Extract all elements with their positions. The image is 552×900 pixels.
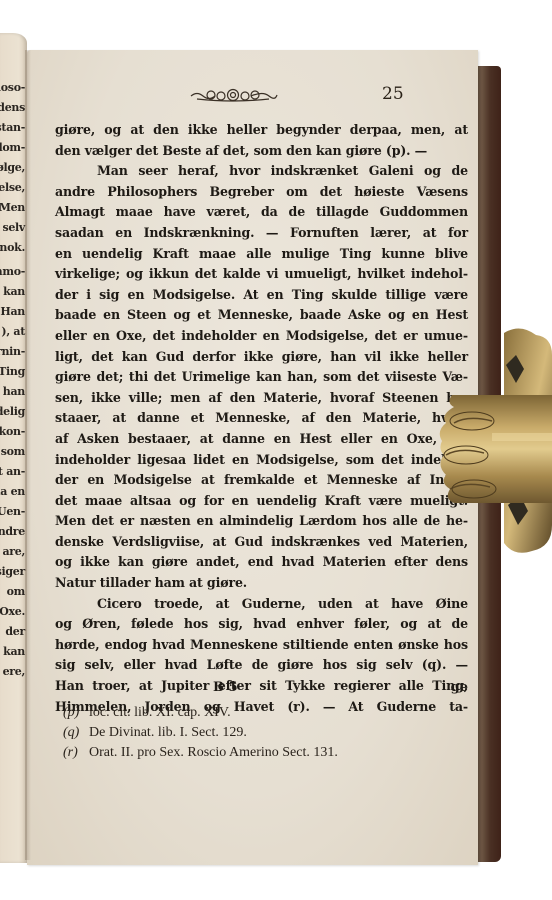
text-line: Man seer heraf, hvor indskrænket Galeni … <box>55 161 468 182</box>
text-line: der i sig en Modsigelse. At en Ting skul… <box>55 285 468 306</box>
text-line: giøre, og at den ikke heller begynder de… <box>55 120 468 141</box>
footnote-text: Orat. II. pro Sex. Roscio Amerino Sect. … <box>89 745 338 760</box>
left-page-text-fragment: kon- <box>0 425 25 439</box>
text-line: og Øren, følede hos sig, hvad enhver føl… <box>55 614 468 635</box>
text-line: baade en Steen og et Menneske, baade Ask… <box>55 305 468 326</box>
text-line: Men det er næsten en almindelig Lærdom h… <box>55 511 468 532</box>
left-page-text-fragment: Men <box>0 201 25 215</box>
footnote: (q)De Divinat. lib. I. Sect. 129. <box>63 723 463 743</box>
text-line: af Asken bestaaer, at danne en Hest elle… <box>55 429 468 450</box>
footnote: (p)loc. cit. lib. XI. cap. XIV. <box>63 703 463 723</box>
left-page-text-fragment: ia en <box>0 485 25 499</box>
footnote-mark: (q) <box>63 723 89 743</box>
left-page-text-fragment: ndre <box>0 525 25 539</box>
text-line: den vælger det Beste af det, som den kan… <box>55 141 468 162</box>
text-line: hørde, endog hvad Menneskene stiltiende … <box>55 635 468 656</box>
text-line: saadan en Indskrænkning. — Fornuften lær… <box>55 223 468 244</box>
body-text: giøre, og at den ikke heller begynder de… <box>55 120 468 717</box>
left-page-text-fragment: ildens <box>0 101 25 115</box>
left-page-text-fragment: nmo- <box>0 265 25 279</box>
left-page-text-fragment: ndelig <box>0 405 25 419</box>
text-line: staaer, at danne et Menneske, af den Mat… <box>55 408 468 429</box>
left-page-text-fragment: hiloso- <box>0 81 25 95</box>
text-line: sig selv, eller hvad Løfte de giøre hos … <box>55 655 468 676</box>
text-line: Cicero troede, at Guderne, uden at have … <box>55 594 468 615</box>
left-page-text-fragment: ), at <box>1 325 25 339</box>
text-line: Almagt maae have været, da de tillagde G… <box>55 202 468 223</box>
footnote-text: De Divinat. lib. I. Sect. 129. <box>89 725 247 740</box>
page-number: 25 <box>382 84 404 104</box>
left-page-text-fragment: e kan <box>0 285 25 299</box>
footnotes: (p)loc. cit. lib. XI. cap. XIV.(q)De Div… <box>63 703 463 763</box>
left-page-text-fragment: der <box>5 625 25 639</box>
text-line: eller en Oxe, det indeholder en Modsigel… <box>55 326 468 347</box>
footnote: (r)Orat. II. pro Sex. Roscio Amerino Sec… <box>63 743 463 763</box>
left-page-text-fragment: ernin- <box>0 345 25 359</box>
footnote-mark: (r) <box>63 743 89 763</box>
text-line: virkelige; og ikkun det kalde vi umuelig… <box>55 264 468 285</box>
text-line: indeholder ligesaa lidet en Modsigelse, … <box>55 450 468 471</box>
left-page-text-fragment: rgelse, <box>0 181 25 195</box>
footnote-mark: (p) <box>63 703 89 723</box>
text-line: giøre det; thi det Urimelige kan han, so… <box>55 367 468 388</box>
text-line: sen, ikke ville; men af den Materie, hvo… <box>55 388 468 409</box>
left-page-text-fragment: Oxe. <box>0 605 25 619</box>
signature-line: B 5 ge <box>55 680 468 700</box>
catchword: ge <box>451 680 468 695</box>
left-page-text-fragment: Ting <box>0 365 25 379</box>
text-line: ligt, det kan Gud derfor ikke giøre, han… <box>55 347 468 368</box>
left-page-text-fragment: bestan- <box>0 121 25 135</box>
text-line: og ikke kan giøre andet, end hvad Materi… <box>55 552 468 573</box>
left-page-text-fragment: som <box>1 445 25 459</box>
left-page-text-fragment: kan <box>3 645 25 659</box>
left-page-text-fragment: s selv <box>0 221 25 235</box>
gold-clasp <box>436 325 552 555</box>
left-page-text-fragment: are, <box>2 545 25 559</box>
left-page-text-fragment: t an- <box>0 465 25 479</box>
footnote-text: loc. cit. lib. XI. cap. XIV. <box>89 705 231 720</box>
text-line: denske Verdsligviise, at Gud indskrænkes… <box>55 532 468 553</box>
text-line: der en Modsigelse at fremkalde et Mennes… <box>55 470 468 491</box>
signature-mark: B 5 <box>213 680 238 695</box>
left-page-text-fragment: siger <box>0 565 25 579</box>
left-page-text-fragment: ddom- <box>0 141 25 155</box>
left-page-text-fragment: Uen- <box>0 505 25 519</box>
text-line: andre Philosophers Begreber om det høies… <box>55 182 468 203</box>
text-line: en uendelig Kraft maae alle mulige Ting … <box>55 244 468 265</box>
left-page-text-fragment: t han <box>0 385 25 399</box>
text-line: Natur tillader ham at giøre. <box>55 573 468 594</box>
text-line: det maae altsaa og for en uendelig Kraft… <box>55 491 468 512</box>
left-page-text-fragment: Følge, <box>0 161 25 175</box>
left-page-text-fragment: ere, <box>3 665 25 679</box>
headpiece-ornament-icon <box>187 87 279 103</box>
left-page-text-fragment: om <box>7 585 25 599</box>
gutter-shadow <box>25 50 31 860</box>
facing-page-left: hiloso-ildensbestan-ddom-Følge,rgelse,Me… <box>0 33 27 863</box>
left-page-text-fragment: nok. <box>0 241 25 255</box>
left-page-text-fragment: Han <box>0 305 25 319</box>
